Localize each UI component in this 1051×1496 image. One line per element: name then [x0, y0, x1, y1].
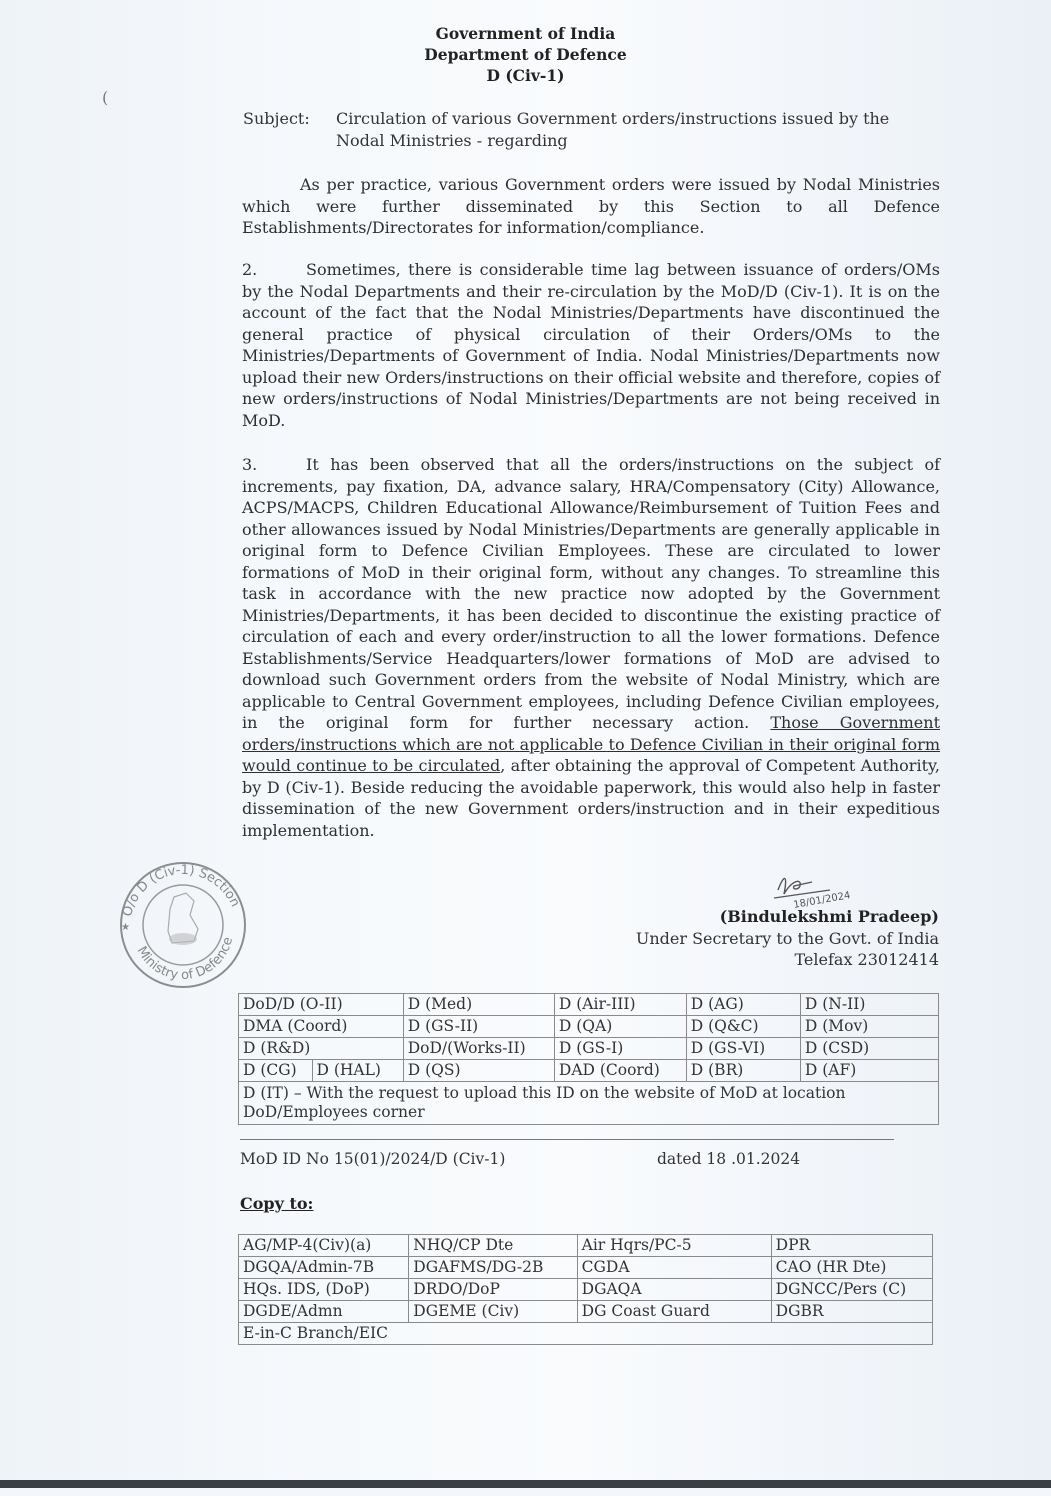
table-row: DoD/D (O-II)D (Med)D (Air-III)D (AG)D (N…: [239, 994, 939, 1016]
svg-text:★: ★: [121, 922, 130, 933]
copy-to-cell: CGDA: [577, 1257, 771, 1279]
svg-text:O/o D (Civ-1) Section: O/o D (Civ-1) Section: [120, 863, 242, 918]
distribution-cell: D (CSD): [800, 1038, 938, 1060]
copy-to-label: Copy to:: [240, 1194, 313, 1213]
distribution-cell: D (AF): [800, 1060, 938, 1082]
table-row: HQs. IDS, (DoP)DRDO/DoPDGAQADGNCC/Pers (…: [239, 1279, 933, 1301]
reference-date: dated 18 .01.2024: [657, 1150, 800, 1168]
distribution-cell: D (BR): [686, 1060, 800, 1082]
table-row: E-in-C Branch/EIC: [239, 1323, 933, 1345]
section-code: D (Civ-1): [487, 66, 565, 85]
paragraph-2-number: 2.: [242, 259, 306, 281]
it-note-cell: D (IT) – With the request to upload this…: [239, 1082, 939, 1125]
section-stamp-icon: O/o D (Civ-1) Section Ministry of Defenc…: [108, 857, 258, 992]
signatory-name: (Bindulekshmi Pradeep): [539, 906, 939, 928]
distribution-cell: D (QS): [403, 1060, 554, 1082]
header-section: D (Civ-1): [0, 66, 1051, 85]
paragraph-1: As per practice, various Government orde…: [242, 174, 940, 239]
copy-to-cell: HQs. IDS, (DoP): [239, 1279, 409, 1301]
header-department: Department of Defence: [0, 45, 1051, 64]
divider-line: [240, 1139, 894, 1140]
subject-text: Circulation of various Government orders…: [336, 108, 942, 152]
copy-to-table: AG/MP-4(Civ)(a)NHQ/CP DteAir Hqrs/PC-5DP…: [238, 1234, 933, 1345]
subject-label: Subject:: [243, 108, 310, 130]
copy-to-cell: DG Coast Guard: [577, 1301, 771, 1323]
distribution-cell: D (QA): [554, 1016, 686, 1038]
copy-to-cell: CAO (HR Dte): [771, 1257, 932, 1279]
header-government: Government of India: [0, 24, 1051, 43]
distribution-cell: DoD/(Works-II): [403, 1038, 554, 1060]
copy-to-cell: Air Hqrs/PC-5: [577, 1235, 771, 1257]
distribution-cell: D (GS-VI): [686, 1038, 800, 1060]
copy-to-cell: DGEME (Civ): [409, 1301, 577, 1323]
table-row: AG/MP-4(Civ)(a)NHQ/CP DteAir Hqrs/PC-5DP…: [239, 1235, 933, 1257]
reference-id: MoD ID No 15(01)/2024/D (Civ-1): [240, 1150, 505, 1168]
distribution-cell: D (Mov): [800, 1016, 938, 1038]
distribution-cell: D (Air-III): [554, 994, 686, 1016]
copy-to-cell: DGBR: [771, 1301, 932, 1323]
copy-to-cell: DGNCC/Pers (C): [771, 1279, 932, 1301]
copy-to-cell: NHQ/CP Dte: [409, 1235, 577, 1257]
paragraph-3-number: 3.: [242, 454, 306, 476]
table-row: D (IT) – With the request to upload this…: [239, 1082, 939, 1125]
signatory-telefax: Telefax 23012414: [539, 949, 939, 971]
distribution-cell: DAD (Coord): [554, 1060, 686, 1082]
paragraph-1-text: As per practice, various Government orde…: [242, 175, 940, 237]
stray-pen-mark: (: [102, 88, 108, 107]
copy-to-cell: AG/MP-4(Civ)(a): [239, 1235, 409, 1257]
document-page: ( Government of India Department of Defe…: [0, 0, 1051, 1488]
distribution-cell: DMA (Coord): [239, 1016, 404, 1038]
copy-to-cell: DGQA/Admin-7B: [239, 1257, 409, 1279]
distribution-cell: D (HAL): [312, 1060, 403, 1082]
distribution-cell: D (CG): [239, 1060, 313, 1082]
distribution-table: DoD/D (O-II)D (Med)D (Air-III)D (AG)D (N…: [238, 993, 939, 1125]
table-row: DGDE/AdmnDGEME (Civ)DG Coast GuardDGBR: [239, 1301, 933, 1323]
signatory-designation: Under Secretary to the Govt. of India: [539, 928, 939, 950]
copy-to-cell: DRDO/DoP: [409, 1279, 577, 1301]
distribution-cell: D (Q&C): [686, 1016, 800, 1038]
distribution-cell: D (GS-I): [554, 1038, 686, 1060]
distribution-cell: D (R&D): [239, 1038, 404, 1060]
distribution-cell: D (Med): [403, 994, 554, 1016]
copy-to-cell: E-in-C Branch/EIC: [239, 1323, 933, 1345]
scan-edge: [0, 1480, 1051, 1488]
table-row: DGQA/Admin-7BDGAFMS/DG-2BCGDACAO (HR Dte…: [239, 1257, 933, 1279]
table-row: D (CG)D (HAL)D (QS)DAD (Coord)D (BR)D (A…: [239, 1060, 939, 1082]
distribution-cell: D (AG): [686, 994, 800, 1016]
copy-to-cell: DPR: [771, 1235, 932, 1257]
paragraph-2: 2.Sometimes, there is considerable time …: [242, 259, 940, 431]
copy-to-cell: DGAQA: [577, 1279, 771, 1301]
distribution-cell: DoD/D (O-II): [239, 994, 404, 1016]
paragraph-3: 3.It has been observed that all the orde…: [242, 454, 940, 841]
table-row: DMA (Coord)D (GS-II)D (QA)D (Q&C)D (Mov): [239, 1016, 939, 1038]
copy-to-cell: DGAFMS/DG-2B: [409, 1257, 577, 1279]
paragraph-2-text: Sometimes, there is considerable time la…: [242, 260, 940, 430]
distribution-cell: D (GS-II): [403, 1016, 554, 1038]
copy-to-cell: DGDE/Admn: [239, 1301, 409, 1323]
paragraph-3-text: It has been observed that all the orders…: [242, 455, 940, 732]
table-row: D (R&D)DoD/(Works-II)D (GS-I)D (GS-VI)D …: [239, 1038, 939, 1060]
distribution-cell: D (N-II): [800, 994, 938, 1016]
